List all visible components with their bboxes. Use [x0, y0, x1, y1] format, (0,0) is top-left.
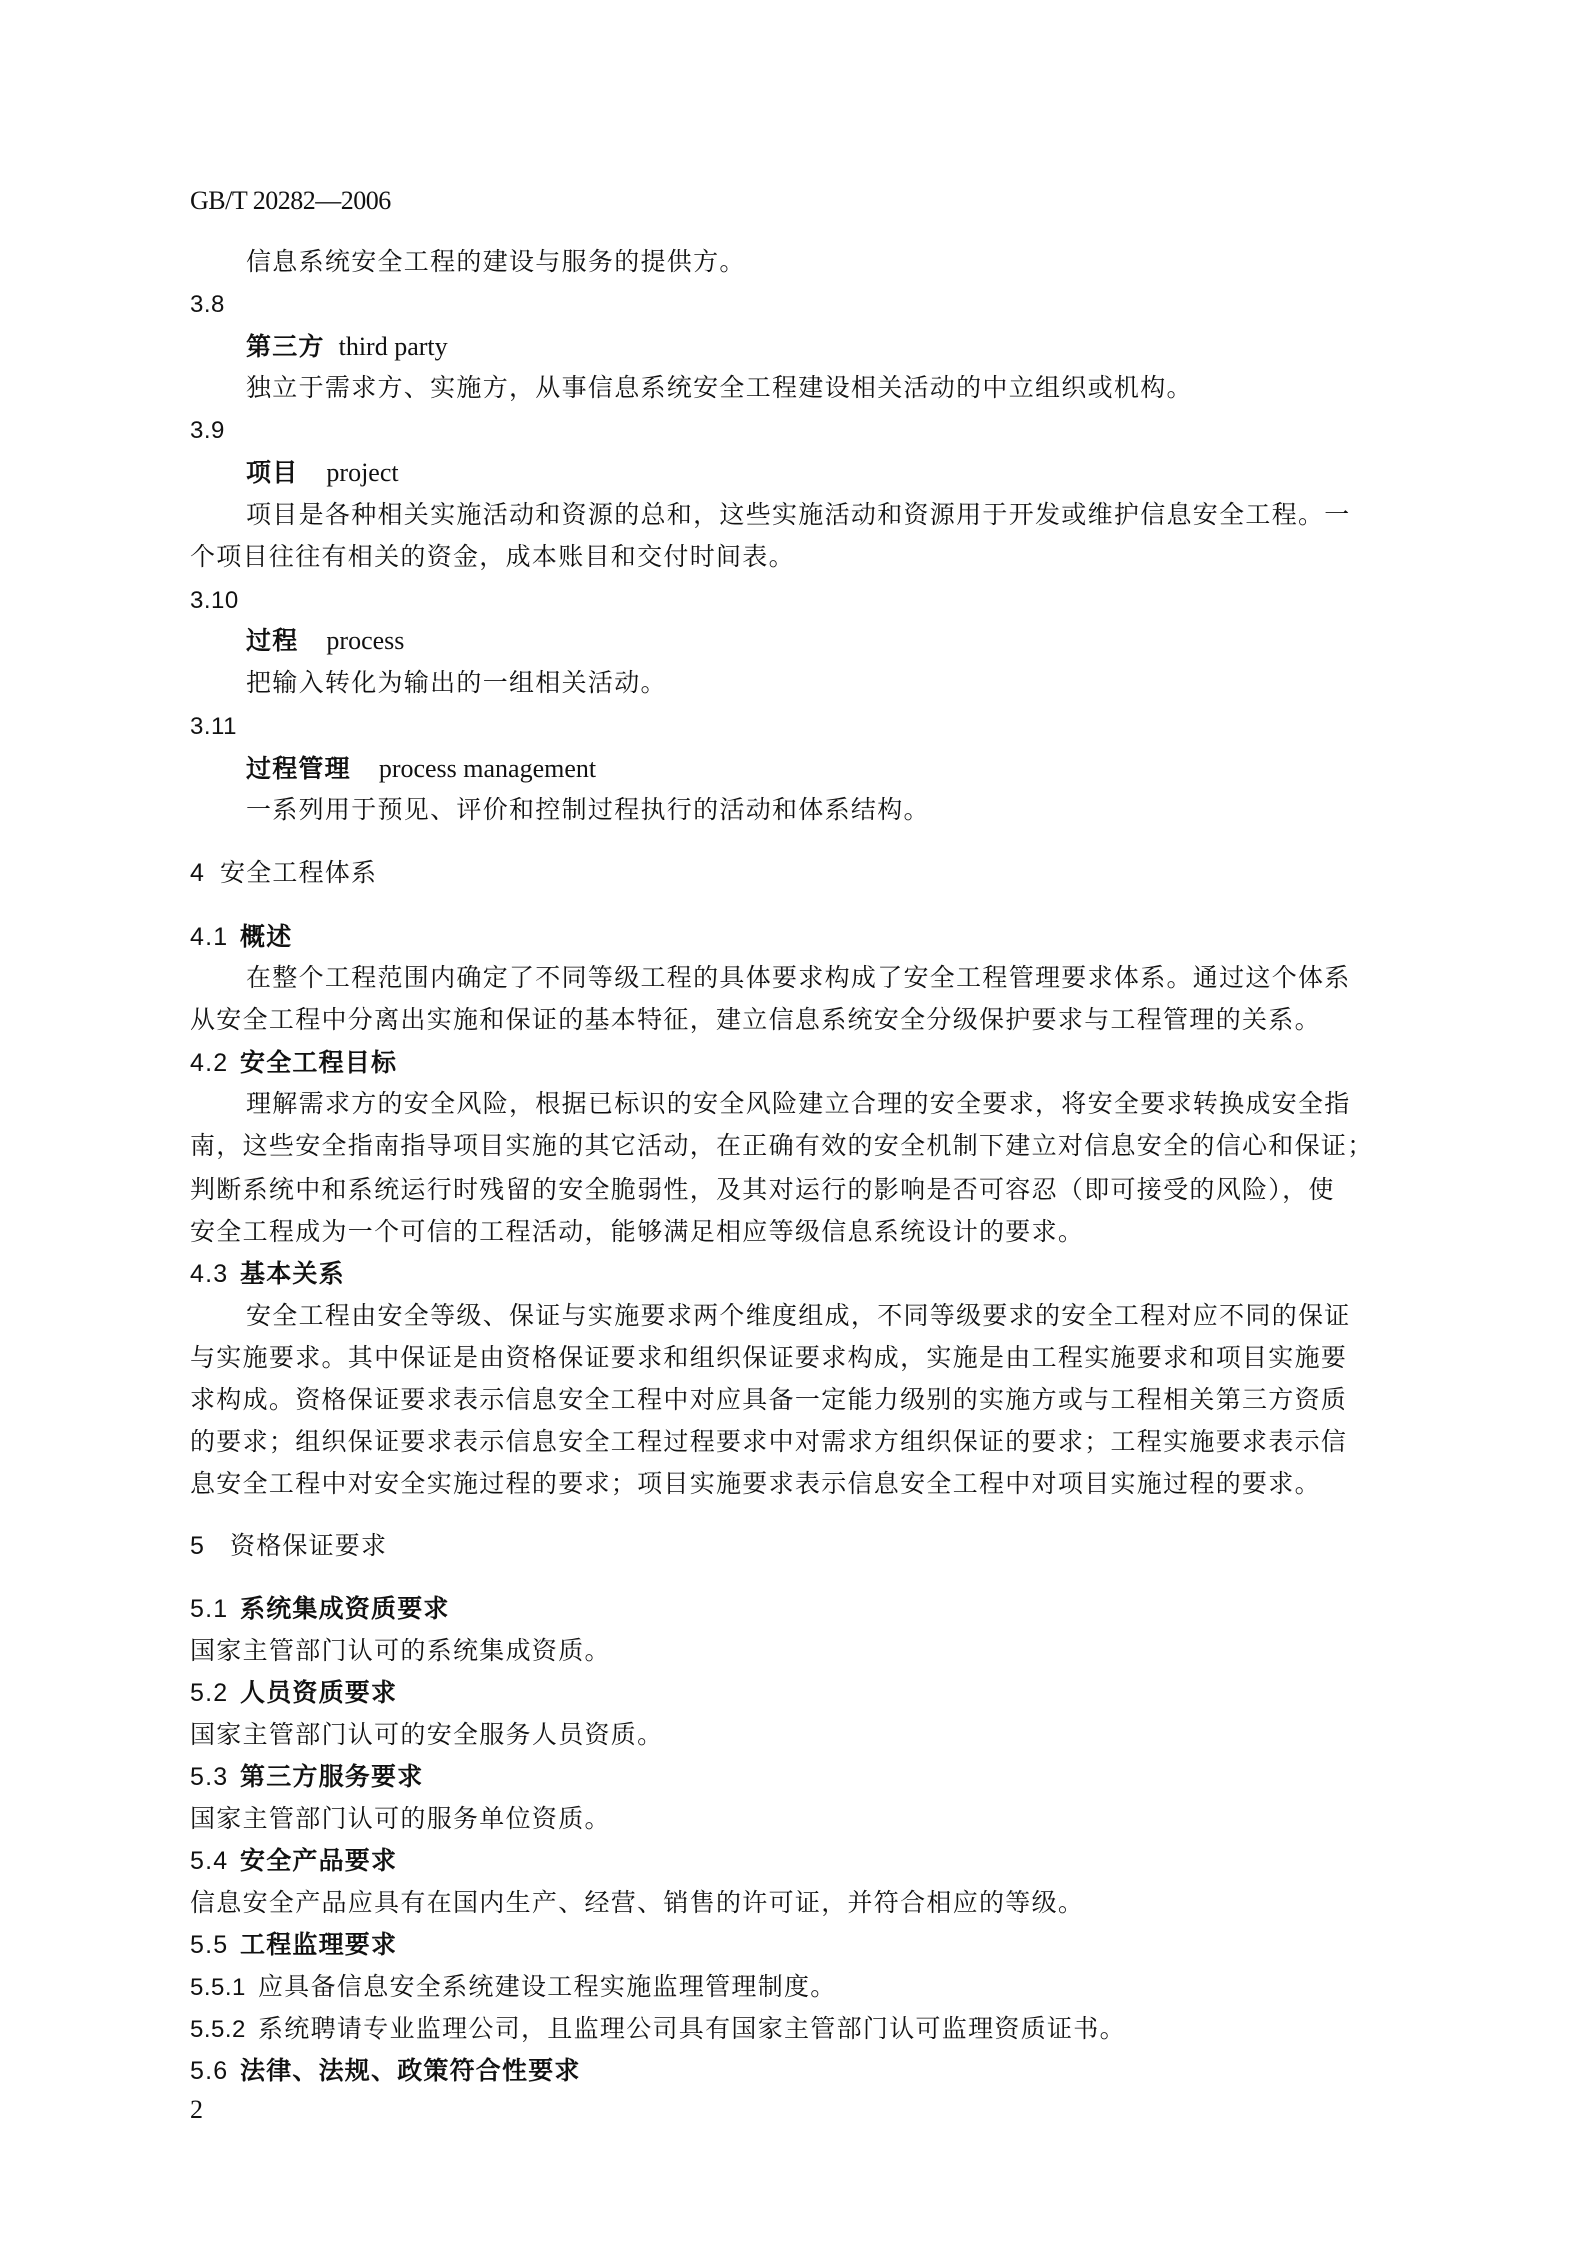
clause-number: 5.5.1 — [190, 1973, 258, 2003]
term-chinese: 第三方 — [246, 332, 325, 361]
subsection-title: 系统集成资质要求 — [240, 1594, 450, 1623]
document-page: GB/T 20282—2006 信息系统安全工程的建设与服务的提供方。 3.8 … — [0, 0, 1587, 2245]
term-english: project — [326, 458, 398, 487]
subsection-title: 人员资质要求 — [240, 1678, 397, 1707]
paragraph-text: 安全工程由安全等级、保证与实施要求两个维度组成，不同等级要求的安全工程对应不同的… — [246, 1301, 1351, 1331]
subsection-title: 法律、法规、政策符合性要求 — [240, 2056, 581, 2085]
term-entry: 第三方third party — [246, 332, 448, 362]
term-chinese: 项目 — [246, 458, 298, 487]
term-entry: 过程管理process management — [246, 754, 596, 784]
subsection-number: 5.3 — [190, 1762, 240, 1792]
section-heading: 4安全工程体系 — [190, 858, 377, 888]
subsection-heading: 4.1概述 — [190, 922, 292, 952]
section-number: 5 — [190, 1531, 230, 1561]
page-number: 2 — [190, 2095, 203, 2125]
section-title: 安全工程体系 — [220, 858, 377, 887]
clause-text: 应具备信息安全系统建设工程实施监理管理制度。 — [258, 1972, 837, 2001]
subsection-number: 5.4 — [190, 1846, 240, 1876]
subsection-heading: 5.5工程监理要求 — [190, 1930, 397, 1960]
paragraph-text: 国家主管部门认可的系统集成资质。 — [190, 1636, 611, 1666]
subsection-number: 4.3 — [190, 1259, 240, 1289]
subsection-title: 安全工程目标 — [240, 1048, 397, 1077]
term-definition: 独立于需求方、实施方，从事信息系统安全工程建设相关活动的中立组织或机构。 — [246, 373, 1193, 403]
clause-item: 5.5.2系统聘请专业监理公司，且监理公司具有国家主管部门认可监理资质证书。 — [190, 2014, 1126, 2045]
subsection-number: 4.2 — [190, 1048, 240, 1078]
paragraph-text: 理解需求方的安全风险，根据已标识的安全风险建立合理的安全要求，将安全要求转换成安… — [246, 1089, 1351, 1119]
subsection-number: 5.6 — [190, 2056, 240, 2086]
clause-number: 3.10 — [190, 586, 239, 616]
paragraph-text: 在整个工程范围内确定了不同等级工程的具体要求构成了安全工程管理要求体系。通过这个… — [246, 963, 1351, 993]
section-number: 4 — [190, 858, 220, 888]
subsection-heading: 5.6法律、法规、政策符合性要求 — [190, 2056, 581, 2086]
paragraph-text: 信息系统安全工程的建设与服务的提供方。 — [246, 247, 746, 277]
term-chinese: 过程管理 — [246, 754, 351, 783]
subsection-heading: 4.2安全工程目标 — [190, 1048, 397, 1078]
paragraph-text: 从安全工程中分离出实施和保证的基本特征，建立信息系统安全分级保护要求与工程管理的… — [190, 1005, 1321, 1035]
paragraph-text: 安全工程成为一个可信的工程活动，能够满足相应等级信息系统设计的要求。 — [190, 1217, 1084, 1247]
paragraph-text: 信息安全产品应具有在国内生产、经营、销售的许可证，并符合相应的等级。 — [190, 1888, 1084, 1918]
paragraph-text: 判断系统中和系统运行时残留的安全脆弱性，及其对运行的影响是否可容忍（即可接受的风… — [190, 1175, 1335, 1205]
clause-number: 3.11 — [190, 712, 237, 742]
clause-number: 3.9 — [190, 416, 225, 446]
paragraph-text: 求构成。资格保证要求表示信息安全工程中对应具备一定能力级别的实施方或与工程相关第… — [190, 1385, 1347, 1415]
paragraph-text: 的要求；组织保证要求表示信息安全工程过程要求中对需求方组织保证的要求；工程实施要… — [190, 1427, 1347, 1457]
paragraph-text: 国家主管部门认可的服务单位资质。 — [190, 1804, 611, 1834]
subsection-number: 5.1 — [190, 1594, 240, 1624]
subsection-heading: 5.4安全产品要求 — [190, 1846, 397, 1876]
term-chinese: 过程 — [246, 626, 298, 655]
subsection-heading: 5.3第三方服务要求 — [190, 1762, 423, 1792]
subsection-title: 第三方服务要求 — [240, 1762, 423, 1791]
subsection-title: 概述 — [240, 922, 292, 951]
term-definition: 把输入转化为输出的一组相关活动。 — [246, 668, 667, 698]
subsection-heading: 4.3基本关系 — [190, 1259, 345, 1289]
term-english: process — [326, 626, 404, 655]
clause-number: 5.5.2 — [190, 2015, 258, 2045]
term-definition: 个项目往往有相关的资金，成本账目和交付时间表。 — [190, 542, 795, 572]
term-english: process management — [379, 754, 596, 783]
subsection-heading: 5.2人员资质要求 — [190, 1678, 397, 1708]
paragraph-text: 与实施要求。其中保证是由资格保证要求和组织保证要求构成，实施是由工程实施要求和项… — [190, 1343, 1347, 1373]
paragraph-text: 息安全工程中对安全实施过程的要求；项目实施要求表示信息安全工程中对项目实施过程的… — [190, 1469, 1321, 1499]
subsection-number: 4.1 — [190, 922, 240, 952]
section-title: 资格保证要求 — [230, 1531, 387, 1560]
term-entry: 过程process — [246, 626, 404, 656]
subsection-title: 工程监理要求 — [240, 1930, 397, 1959]
subsection-heading: 5.1系统集成资质要求 — [190, 1594, 450, 1624]
section-heading: 5资格保证要求 — [190, 1531, 387, 1561]
term-definition: 项目是各种相关实施活动和资源的总和，这些实施活动和资源用于开发或维护信息安全工程… — [246, 500, 1351, 530]
clause-number: 3.8 — [190, 290, 225, 320]
paragraph-text: 国家主管部门认可的安全服务人员资质。 — [190, 1720, 663, 1750]
subsection-title: 基本关系 — [240, 1259, 345, 1288]
clause-text: 系统聘请专业监理公司，且监理公司具有国家主管部门认可监理资质证书。 — [258, 2014, 1126, 2043]
clause-item: 5.5.1应具备信息安全系统建设工程实施监理管理制度。 — [190, 1972, 837, 2003]
paragraph-text: 南，这些安全指南指导项目实施的其它活动，在正确有效的安全机制下建立对信息安全的信… — [190, 1131, 1374, 1161]
standard-code-header: GB/T 20282—2006 — [190, 186, 391, 216]
term-definition: 一系列用于预见、评价和控制过程执行的活动和体系结构。 — [246, 795, 930, 825]
subsection-number: 5.2 — [190, 1678, 240, 1708]
subsection-title: 安全产品要求 — [240, 1846, 397, 1875]
term-english: third party — [339, 332, 448, 361]
subsection-number: 5.5 — [190, 1930, 240, 1960]
term-entry: 项目project — [246, 458, 399, 488]
